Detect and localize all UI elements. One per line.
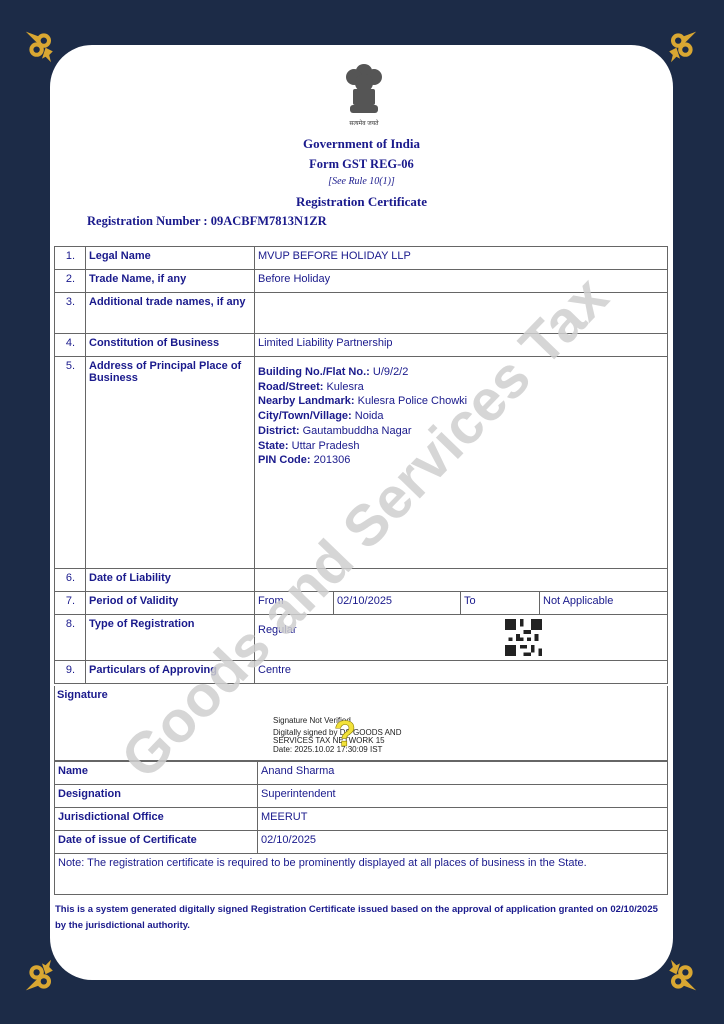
rule-reference: [See Rule 10(1)] — [50, 176, 673, 187]
registration-details-table: 1. Legal Name MVUP BEFORE HOLIDAY LLP 2.… — [54, 246, 668, 684]
officer-label: Designation — [55, 785, 258, 808]
table-row: 5. Address of Principal Place of Busines… — [55, 357, 668, 569]
table-row: 4. Constitution of Business Limited Liab… — [55, 334, 668, 357]
row-number: 8. — [55, 615, 86, 661]
form-heading: Form GST REG-06 — [50, 157, 673, 172]
registration-number: Registration Number : 09ACBFM7813N1ZR — [87, 214, 327, 229]
fleur-de-lis-icon — [662, 958, 698, 994]
row-number: 5. — [55, 357, 86, 569]
fleur-de-lis-icon — [662, 28, 698, 64]
svg-text:?: ? — [334, 714, 356, 754]
question-mark-icon[interactable]: ? — [334, 714, 356, 754]
table-row: Name Anand Sharma — [55, 762, 668, 785]
validity-to-value: Not Applicable — [540, 592, 668, 615]
row-label: Particulars of Approving — [86, 661, 255, 684]
validity-from-label: From — [255, 592, 334, 615]
table-row: Jurisdictional Office MEERUT — [55, 808, 668, 831]
row-number: 6. — [55, 569, 86, 592]
svg-text:सत्यमेव जयते: सत्यमेव जयते — [349, 119, 379, 127]
signature-label: Signature — [57, 689, 108, 701]
table-row: 6. Date of Liability — [55, 569, 668, 592]
row-number: 7. — [55, 592, 86, 615]
designation-value: Superintendent — [258, 785, 668, 808]
address-value: Building No./Flat No.: U/9/2/2 Road/Stre… — [255, 357, 668, 569]
constitution-value: Limited Liability Partnership — [255, 334, 668, 357]
officer-label: Jurisdictional Office — [55, 808, 258, 831]
date-of-liability-value — [255, 569, 668, 592]
table-row: Date of issue of Certificate 02/10/2025 — [55, 831, 668, 854]
officer-label: Date of issue of Certificate — [55, 831, 258, 854]
fleur-de-lis-icon — [24, 28, 60, 64]
row-number: 1. — [55, 247, 86, 270]
validity-to-label: To — [461, 592, 540, 615]
additional-trade-names-value — [255, 293, 668, 334]
row-label: Trade Name, if any — [86, 270, 255, 293]
table-row: 7. Period of Validity From 02/10/2025 To… — [55, 592, 668, 615]
table-row: 1. Legal Name MVUP BEFORE HOLIDAY LLP — [55, 247, 668, 270]
officer-label: Name — [55, 762, 258, 785]
row-number: 2. — [55, 270, 86, 293]
trade-name-value: Before Holiday — [255, 270, 668, 293]
row-label: Legal Name — [86, 247, 255, 270]
table-row: 2. Trade Name, if any Before Holiday — [55, 270, 668, 293]
footer-disclaimer: This is a system generated digitally sig… — [55, 902, 667, 934]
row-number: 3. — [55, 293, 86, 334]
legal-name-value: MVUP BEFORE HOLIDAY LLP — [255, 247, 668, 270]
row-label: Address of Principal Place of Business — [86, 357, 255, 569]
row-label: Constitution of Business — [86, 334, 255, 357]
row-number: 4. — [55, 334, 86, 357]
fleur-de-lis-icon — [24, 958, 60, 994]
certificate-title: Registration Certificate — [50, 194, 673, 210]
national-emblem-icon: सत्यमेव जयते — [342, 61, 386, 131]
officer-details-table: Name Anand Sharma Designation Superinten… — [54, 761, 668, 895]
row-label: Type of Registration — [86, 615, 255, 661]
officer-name-value: Anand Sharma — [258, 762, 668, 785]
certificate-card: सत्यमेव जयते Government of India Form GS… — [50, 45, 673, 980]
row-number: 9. — [55, 661, 86, 684]
display-note: Note: The registration certificate is re… — [55, 854, 668, 895]
row-label: Date of Liability — [86, 569, 255, 592]
issue-date-value: 02/10/2025 — [258, 831, 668, 854]
jurisdictional-office-value: MEERUT — [258, 808, 668, 831]
table-row: Note: The registration certificate is re… — [55, 854, 668, 895]
signature-section: Signature Signature Not Verified Digital… — [54, 686, 668, 761]
approving-authority-value: Centre — [255, 661, 668, 684]
government-heading: Government of India — [50, 136, 673, 152]
table-row: Designation Superintendent — [55, 785, 668, 808]
row-label: Period of Validity — [86, 592, 255, 615]
qr-code-icon — [505, 619, 542, 656]
validity-from-value: 02/10/2025 — [334, 592, 461, 615]
registration-type-value: Regular — [258, 624, 297, 636]
registration-type-cell: Regular — [255, 615, 668, 661]
table-row: 9. Particulars of Approving Centre — [55, 661, 668, 684]
row-label: Additional trade names, if any — [86, 293, 255, 334]
table-row: 8. Type of Registration Regular — [55, 615, 668, 661]
table-row: 3. Additional trade names, if any — [55, 293, 668, 334]
